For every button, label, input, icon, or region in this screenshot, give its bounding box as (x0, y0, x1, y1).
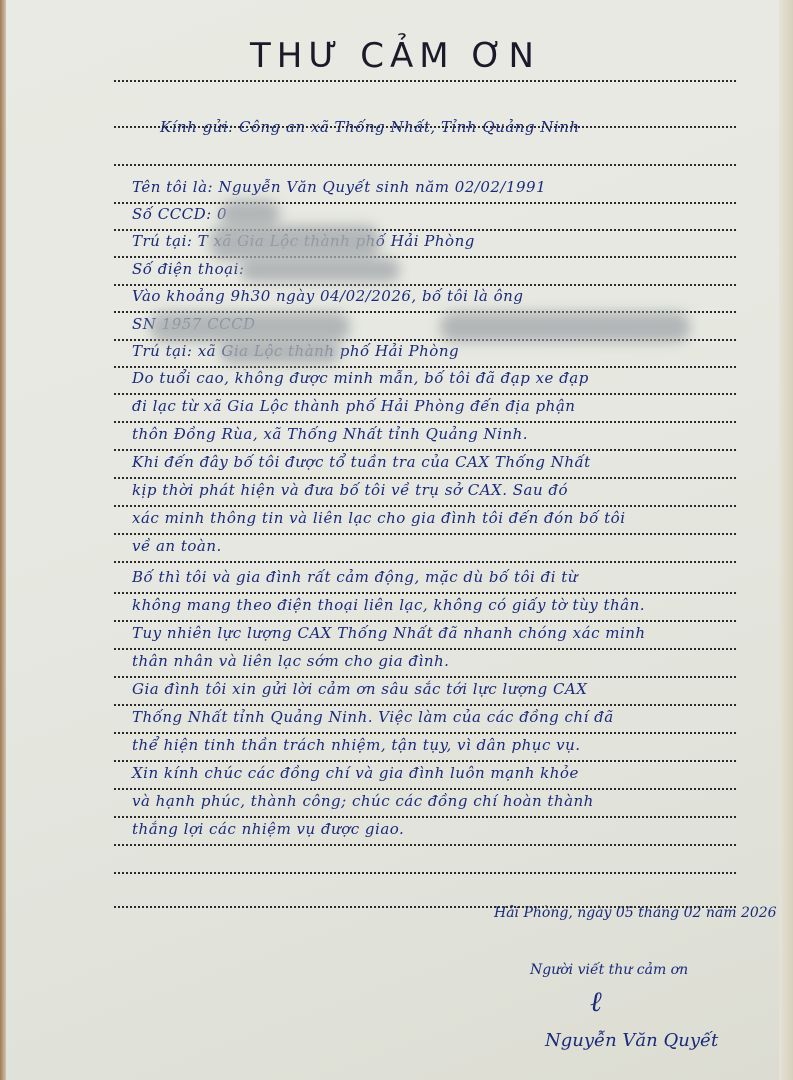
redaction-blur (210, 225, 380, 260)
letter-line-text: thôn Đồng Rùa, xã Thống Nhất tỉnh Quảng … (114, 423, 528, 445)
letter-line (114, 846, 736, 874)
letter-line-text: đi lạc từ xã Gia Lộc thành phố Hải Phòng… (114, 395, 575, 417)
letter-line-text: về an toàn. (114, 535, 222, 557)
letter-line-text: Xin kính chúc các đồng chí và gia đình l… (114, 762, 579, 784)
letter-line-text: Vào khoảng 9h30 ngày 04/02/2026, bố tôi … (114, 285, 523, 307)
letter-line-text: kịp thời phát hiện và đưa bố tôi về trụ … (114, 479, 568, 501)
letter-line: Thống Nhất tỉnh Quảng Ninh. Việc làm của… (114, 706, 736, 734)
signer-label: Người viết thư cảm ơn (530, 962, 688, 978)
letter-line-text: và hạnh phúc, thành công; chúc các đồng … (114, 790, 594, 812)
signature-mark: ℓ (590, 985, 602, 1019)
page-right-edge (779, 0, 793, 1080)
letter-line: Số CCCD: 0 (114, 203, 736, 231)
letter-line: thắng lợi các nhiệm vụ được giao. (114, 818, 736, 846)
letter-line-text: Gia đình tôi xin gửi lời cảm ơn sâu sắc … (114, 678, 587, 700)
letter-line: đi lạc từ xã Gia Lộc thành phố Hải Phòng… (114, 395, 736, 423)
signer-name: Nguyễn Văn Quyết (545, 1030, 718, 1051)
letter-line: Vào khoảng 9h30 ngày 04/02/2026, bố tôi … (114, 285, 736, 313)
letter-line: xác minh thông tin và liên lạc cho gia đ… (114, 507, 736, 535)
letter-line-text: Tuy nhiên lực lượng CAX Thống Nhất đã nh… (114, 622, 646, 644)
letter-line-text: Bố thì tôi và gia đình rất cảm động, mặc… (114, 566, 578, 588)
letter-line: Số điện thoại: (114, 258, 736, 286)
letter-line: và hạnh phúc, thành công; chúc các đồng … (114, 790, 736, 818)
letter-line: Gia đình tôi xin gửi lời cảm ơn sâu sắc … (114, 678, 736, 706)
ruled-line (114, 138, 736, 166)
letter-line: thể hiện tinh thần trách nhiệm, tận tụy,… (114, 734, 736, 762)
letter-line-text: Thống Nhất tỉnh Quảng Ninh. Việc làm của… (114, 706, 614, 728)
letter-line: không mang theo điện thoại liên lạc, khô… (114, 594, 736, 622)
redaction-blur (150, 312, 350, 342)
letter-line-text: xác minh thông tin và liên lạc cho gia đ… (114, 507, 626, 529)
letter-line: kịp thời phát hiện và đưa bố tôi về trụ … (114, 479, 736, 507)
letter-line-text: Số CCCD: 0 (114, 203, 227, 225)
letter-line: thân nhân và liên lạc sớm cho gia đình. (114, 650, 736, 678)
letter-line: thôn Đồng Rùa, xã Thống Nhất tỉnh Quảng … (114, 423, 736, 451)
redaction-blur (220, 200, 280, 228)
letter-line: Tên tôi là: Nguyễn Văn Quyết sinh năm 02… (114, 176, 736, 204)
letter-line: Tuy nhiên lực lượng CAX Thống Nhất đã nh… (114, 622, 736, 650)
letter-line: Xin kính chúc các đồng chí và gia đình l… (114, 762, 736, 790)
letter-line: Trú tại: T xã Gia Lộc thành phố Hải Phòn… (114, 230, 736, 258)
redaction-blur (440, 312, 690, 342)
ruled-line (114, 880, 736, 908)
letter-line: Bố thì tôi và gia đình rất cảm động, mặc… (114, 566, 736, 594)
letter-line-text: thân nhân và liên lạc sớm cho gia đình. (114, 650, 449, 672)
letter-line-text: không mang theo điện thoại liên lạc, khô… (114, 594, 645, 616)
letter-line: Khi đến đây bố tôi được tổ tuần tra của … (114, 451, 736, 479)
letter-line: về an toàn. (114, 535, 736, 563)
letter-line-text: Tên tôi là: Nguyễn Văn Quyết sinh năm 02… (114, 176, 546, 198)
letter-line-text: Số điện thoại: (114, 258, 244, 280)
redaction-blur (220, 340, 340, 364)
letter-line-text: Do tuổi cao, không được minh mẫn, bố tôi… (114, 367, 589, 389)
letter-line-text: thắng lợi các nhiệm vụ được giao. (114, 818, 404, 840)
letter-line: Trú tại: xã Gia Lộc thành phố Hải Phòng (114, 340, 736, 368)
ruled-line (114, 54, 736, 82)
letter-line: Do tuổi cao, không được minh mẫn, bố tôi… (114, 367, 736, 395)
ruled-line (114, 100, 736, 128)
letter-line-text: thể hiện tinh thần trách nhiệm, tận tụy,… (114, 734, 581, 756)
redaction-blur (240, 258, 400, 282)
letter-line-text: Khi đến đây bố tôi được tổ tuần tra của … (114, 451, 591, 473)
